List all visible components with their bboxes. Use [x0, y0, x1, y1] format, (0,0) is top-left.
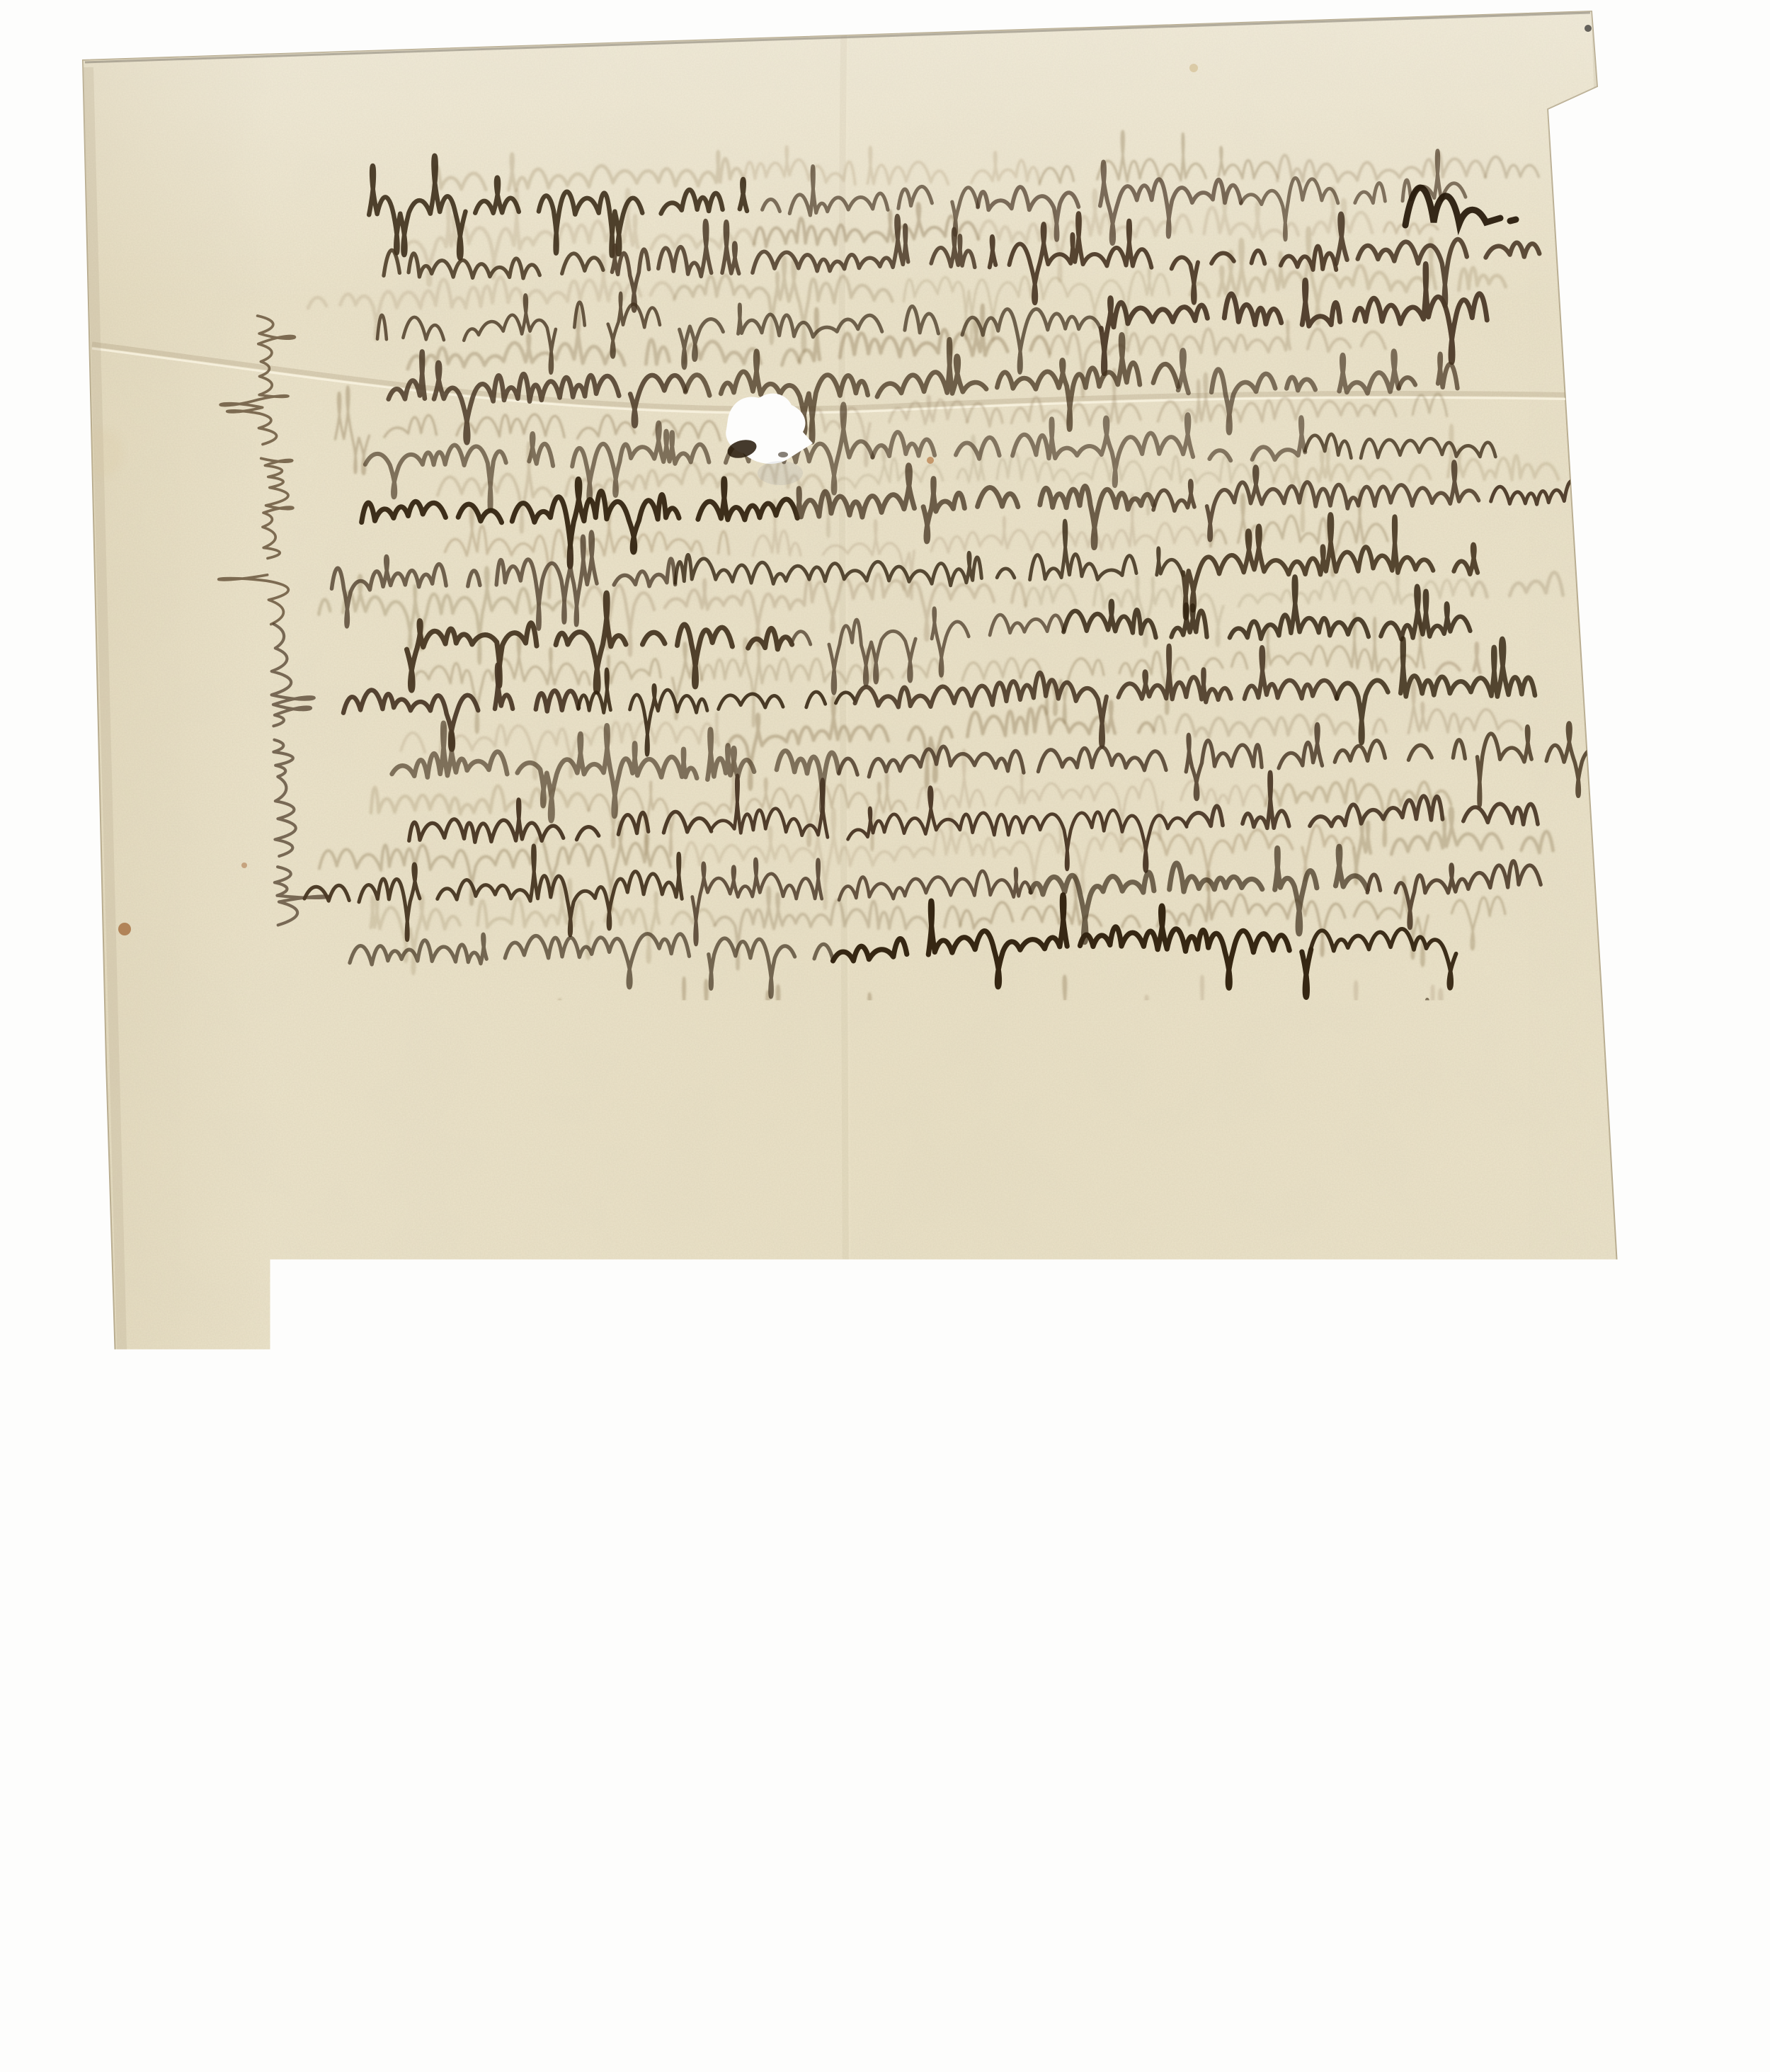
foxing-spot [1189, 64, 1198, 72]
foxing-spot [494, 1024, 503, 1032]
foxing-spot [118, 923, 131, 935]
hole-smudge [758, 461, 803, 485]
foxing-spot [241, 863, 247, 868]
foxing-spot [1480, 1799, 1565, 1884]
hole-ink-speck [778, 452, 788, 457]
foxing-spot [1585, 25, 1592, 32]
foxing-spot [927, 457, 934, 464]
docket-date: Aug 22, 1840. [256, 1526, 297, 1795]
letter-paper: Charlotte granted the marshal Instructio… [71, 0, 1685, 2072]
letter-scan: Charlotte granted the marshal Instructio… [0, 0, 1770, 2072]
foxing-spot [307, 1850, 324, 1867]
scan-stage: Charlotte granted the marshal Instructio… [0, 0, 1770, 2072]
foxing-spot [420, 1256, 427, 1263]
foxing-spot [1536, 1741, 1551, 1757]
